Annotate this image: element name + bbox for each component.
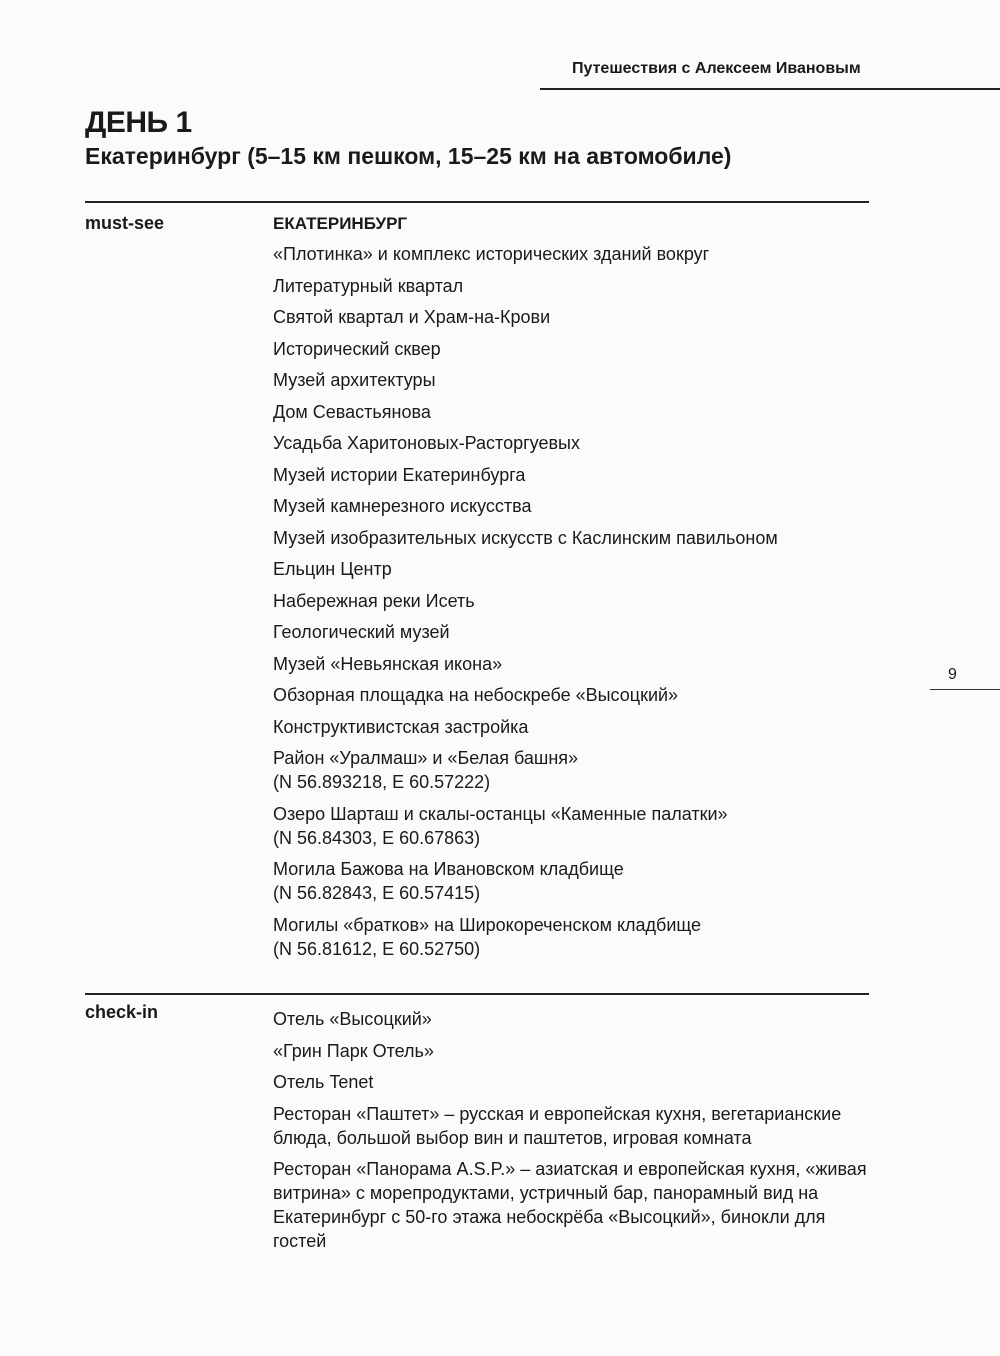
list-item: Музей изобразительных искусств с Каслинс… [273,526,873,550]
list-item: Могила Бажова на Ивановском кладбище(N 5… [273,857,873,905]
list-item: Отель «Высоцкий» [273,1007,873,1031]
list-item: Ресторан «Панорама A.S.P.» – азиатская и… [273,1157,873,1253]
list-item: Дом Севастьянова [273,400,873,424]
section-label-must-see: must-see [85,213,164,234]
list-item: Озеро Шарташ и скалы-останцы «Каменные п… [273,802,873,850]
list-item: Музей «Невьянская икона» [273,652,873,676]
list-item: Геологический музей [273,620,873,644]
list-item: Отель Tenet [273,1070,873,1094]
list-item: «Грин Парк Отель» [273,1039,873,1063]
list-item: Музей архитектуры [273,368,873,392]
section-divider [85,201,869,203]
page-number: 9 [948,666,957,684]
list-item: Обзорная площадка на небоскребе «Высоцки… [273,683,873,707]
page-number-rule [930,689,1000,690]
list-item: Ресторан «Паштет» – русская и европейска… [273,1102,873,1150]
section-divider [85,993,869,995]
day-subtitle: Екатеринбург (5–15 км пешком, 15–25 км н… [85,143,731,170]
section-label-check-in: check-in [85,1002,158,1023]
list-item: Усадьба Харитоновых-Расторгуевых [273,431,873,455]
list-item: Святой квартал и Храм-на-Крови [273,305,873,329]
list-item: Конструктивистская застройка [273,715,873,739]
list-item: «Плотинка» и комплекс исторических здани… [273,242,873,266]
list-item: Могилы «братков» на Широкореченском клад… [273,913,873,961]
must-see-list: ЕКАТЕРИНБУРГ «Плотинка» и комплекс истор… [273,214,873,968]
list-item: Музей истории Екатеринбурга [273,463,873,487]
check-in-list: Отель «Высоцкий»«Грин Парк Отель»Отель T… [273,1007,873,1261]
list-item: Район «Уралмаш» и «Белая башня»(N 56.893… [273,746,873,794]
list-item: Литературный квартал [273,274,873,298]
day-title: ДЕНЬ 1 [85,106,192,140]
list-item: Музей камнерезного искусства [273,494,873,518]
list-item: Исторический сквер [273,337,873,361]
list-item: Набережная реки Исеть [273,589,873,613]
running-head: Путешествия с Алексеем Ивановым [572,60,861,78]
list-item: Ельцин Центр [273,557,873,581]
city-heading: ЕКАТЕРИНБУРГ [273,214,873,234]
running-head-rule [540,88,1000,90]
